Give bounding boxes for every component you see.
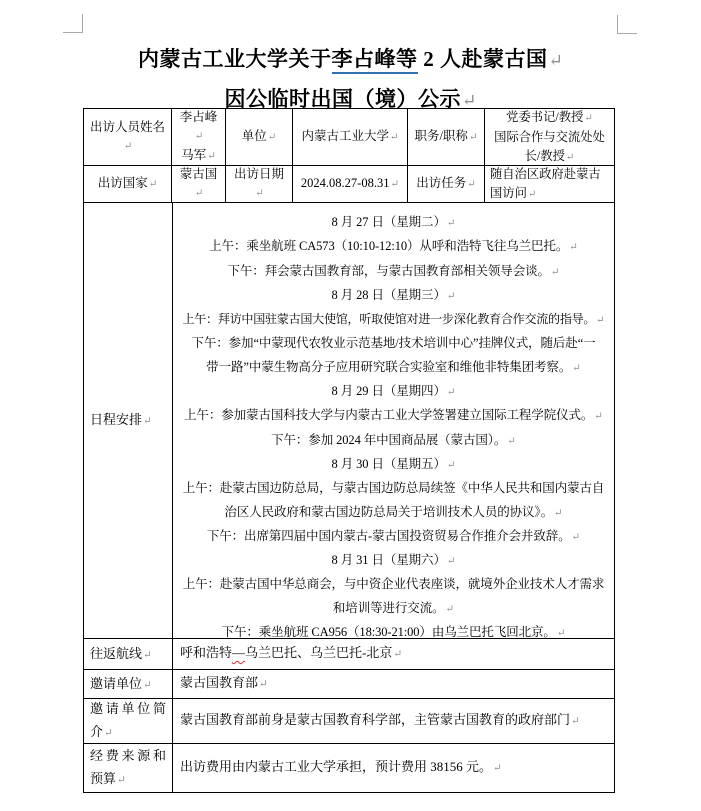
schedule-line: 下午：参加 2024 年中国商品展（蒙古国）。↵ bbox=[180, 429, 607, 453]
cell-unit-label: 单位↵ bbox=[226, 109, 293, 165]
cell-budget-value: 出访费用由内蒙古工业大学承担，预计费用 38156 元。↵ bbox=[173, 744, 614, 792]
schedule-line: 和培训等进行交流。↵ bbox=[180, 597, 607, 621]
table-row-route: 往返航线↵ 呼和浩特—乌兰巴托、乌兰巴托-北京↵ bbox=[84, 639, 614, 670]
paragraph-mark: ↵ bbox=[549, 51, 563, 70]
unit-label: 单位 bbox=[242, 129, 267, 143]
visitor-names-label: 出访人员姓名 bbox=[90, 120, 165, 134]
schedule-line: 上午：赴蒙古国中华总商会，与中资企业代表座谈，就境外企业技术人才需求 bbox=[180, 573, 607, 596]
cell-date-label: 出访日期↵ bbox=[226, 166, 293, 202]
paragraph-mark: ↵ bbox=[393, 649, 402, 660]
cell-date-value: 2024.08.27-08.31↵ bbox=[293, 166, 408, 202]
paragraph-mark: ↵ bbox=[207, 151, 216, 162]
cell-position-label: 职务/职称↵ bbox=[408, 109, 485, 165]
paragraph-mark: ↵ bbox=[566, 152, 574, 163]
schedule-label: 日程安排 bbox=[90, 412, 142, 427]
schedule-line: 8 月 27 日（星期二）↵ bbox=[180, 211, 607, 235]
date-value: 2024.08.27-08.31 bbox=[301, 176, 390, 190]
cell-unit-value: 内蒙古工业大学↵ bbox=[293, 109, 408, 165]
schedule-line: 下午：拜会蒙古国教育部，与蒙古国教育部相关领导会谈。↵ bbox=[180, 260, 607, 284]
inviter-value: 蒙古国教育部 bbox=[180, 675, 258, 690]
budget-value: 出访费用由内蒙古工业大学承担，预计费用 38156 元。 bbox=[180, 759, 492, 774]
schedule-content: 8 月 27 日（星期二）↵上午：乘坐航班 CA573（10:10-12:10）… bbox=[173, 203, 614, 638]
paragraph-mark: ↵ bbox=[390, 132, 399, 143]
paragraph-mark: ↵ bbox=[572, 363, 581, 374]
schedule-line: 上午：赴蒙古国边防总局，与蒙古国边防总局续签《中华人民共和国内蒙古自 bbox=[180, 477, 607, 500]
paragraph-mark: ↵ bbox=[447, 460, 456, 471]
margin-crop-mark-top-right bbox=[617, 15, 637, 34]
table-row-trip-info: 出访国家↵ 蒙古国↵ 出访日期↵ 2024.08.27-08.31↵ 出访任务↵… bbox=[84, 166, 614, 203]
date-label: 出访日期 bbox=[234, 167, 284, 181]
schedule-line: 上午：乘坐航班 CA573（10:10-12:10）从呼和浩特飞往乌兰巴托。↵ bbox=[180, 235, 607, 259]
table-row-personnel: 出访人员姓名↵ 李占峰↵ 马军↵ 单位↵ 内蒙古工业大学↵ 职务/职称↵ 党委书… bbox=[84, 109, 614, 166]
inviter-intro-value: 蒙古国教育部前身是蒙古国教育科学部，主管蒙古国教育的政府部门 bbox=[180, 712, 570, 727]
visitor-name-1: 李占峰 bbox=[180, 110, 218, 124]
paragraph-mark: ↵ bbox=[446, 604, 455, 615]
title-line1-prefix: 内蒙古工业大学关于 bbox=[138, 47, 332, 71]
paragraph-mark: ↵ bbox=[195, 188, 204, 199]
cell-inviter-value: 蒙古国教育部↵ bbox=[173, 670, 614, 698]
cell-inviter-intro-label: 邀请单位简介↵ bbox=[84, 699, 173, 743]
margin-crop-mark-top-left bbox=[63, 14, 83, 33]
table-row-inviter-intro: 邀请单位简介↵ 蒙古国教育部前身是蒙古国教育科学部，主管蒙古国教育的政府部门↵ bbox=[84, 699, 614, 744]
paragraph-mark: ↵ bbox=[569, 242, 578, 253]
route-prefix: 呼和浩特 bbox=[180, 645, 232, 660]
cell-country-value: 蒙古国↵ bbox=[172, 166, 226, 202]
paragraph-mark: ↵ bbox=[571, 716, 580, 727]
cell-country-label: 出访国家↵ bbox=[84, 166, 172, 202]
paragraph-mark: ↵ bbox=[143, 416, 152, 427]
route-label: 往返航线 bbox=[90, 646, 142, 661]
paragraph-mark: ↵ bbox=[507, 436, 516, 447]
task-value: 随自治区政府赴蒙古国访问 bbox=[490, 167, 601, 200]
schedule-line: 上午：拜访中国驻蒙古国大使馆，听取使馆对进一步深化教育合作交流的指导。↵ bbox=[180, 308, 607, 332]
paragraph-mark: ↵ bbox=[584, 113, 592, 124]
cell-task-label: 出访任务↵ bbox=[408, 166, 485, 202]
paragraph-mark: ↵ bbox=[557, 628, 566, 639]
table-row-inviter: 邀请单位↵ 蒙古国教育部↵ bbox=[84, 670, 614, 699]
task-label: 出访任务 bbox=[416, 176, 466, 190]
schedule-line: 带一路”中蒙生物高分子应用研究联合实验室和维他非特集团考察。↵ bbox=[180, 356, 607, 380]
schedule-line: 上午：参加蒙古国科技大学与内蒙古工业大学签署建立国际工程学院仪式。↵ bbox=[180, 404, 607, 428]
cell-visitor-names-label: 出访人员姓名↵ bbox=[84, 109, 172, 165]
paragraph-mark: ↵ bbox=[124, 141, 133, 152]
paragraph-mark: ↵ bbox=[447, 556, 456, 567]
cell-schedule-label: 日程安排↵ bbox=[84, 203, 173, 638]
paragraph-mark: ↵ bbox=[149, 179, 158, 190]
paragraph-mark: ↵ bbox=[117, 775, 126, 786]
cell-visitor-names: 李占峰↵ 马军↵ bbox=[172, 109, 226, 165]
paragraph-mark: ↵ bbox=[469, 132, 478, 143]
table-row-schedule: 日程安排↵ 8 月 27 日（星期二）↵上午：乘坐航班 CA573（10:10-… bbox=[84, 203, 614, 639]
schedule-line: 8 月 28 日（星期三）↵ bbox=[180, 284, 607, 308]
cell-inviter-intro-value: 蒙古国教育部前身是蒙古国教育科学部，主管蒙古国教育的政府部门↵ bbox=[173, 699, 614, 743]
paragraph-mark: ↵ bbox=[594, 411, 603, 422]
paragraph-mark: ↵ bbox=[143, 680, 152, 691]
schedule-line: 8 月 30 日（星期五）↵ bbox=[180, 453, 607, 477]
paragraph-mark: ↵ bbox=[493, 763, 502, 774]
cell-inviter-label: 邀请单位↵ bbox=[84, 670, 173, 698]
route-suffix: 乌兰巴托、乌兰巴托-北京 bbox=[245, 645, 392, 660]
position-value-2: 国际合作与交流处处长/教授 bbox=[494, 130, 605, 163]
position-label: 职务/职称 bbox=[414, 129, 467, 143]
schedule-line: 8 月 29 日（星期四）↵ bbox=[180, 380, 607, 404]
paragraph-mark: ↵ bbox=[195, 131, 204, 142]
title-line1-suffix: 2 人赴蒙古国 bbox=[418, 47, 548, 71]
paragraph-mark: ↵ bbox=[447, 218, 456, 229]
position-value-1: 党委书记/教授 bbox=[506, 110, 583, 124]
unit-value: 内蒙古工业大学 bbox=[301, 129, 389, 143]
schedule-line: 治区人民政府和蒙古国边防总局关于培训技术人员的协议》。↵ bbox=[180, 501, 607, 525]
inviter-intro-label: 邀请单位简介 bbox=[90, 701, 166, 739]
country-value: 蒙古国 bbox=[180, 167, 218, 181]
paragraph-mark: ↵ bbox=[255, 188, 264, 199]
cell-route-label: 往返航线↵ bbox=[84, 639, 173, 669]
schedule-line: 下午：参加“中蒙现代农牧业示范基地/技术培训中心”挂牌仪式，随后赴“一 bbox=[180, 332, 607, 355]
paragraph-mark: ↵ bbox=[551, 267, 560, 278]
table-row-budget: 经费来源和预算↵ 出访费用由内蒙古工业大学承担，预计费用 38156 元。↵ bbox=[84, 744, 614, 792]
paragraph-mark: ↵ bbox=[390, 179, 399, 190]
schedule-line: 8 月 31 日（星期六）↵ bbox=[180, 549, 607, 573]
route-dash-spellcheck: — bbox=[232, 645, 245, 660]
paragraph-mark: ↵ bbox=[554, 508, 563, 519]
cell-task-value: 随自治区政府赴蒙古国访问↵ bbox=[485, 166, 614, 202]
inviter-label: 邀请单位 bbox=[90, 676, 142, 691]
paragraph-mark: ↵ bbox=[104, 728, 113, 739]
paragraph-mark: ↵ bbox=[259, 679, 268, 690]
paragraph-mark: ↵ bbox=[467, 179, 476, 190]
paragraph-mark: ↵ bbox=[447, 387, 456, 398]
title-underlined-names: 李占峰等 bbox=[332, 47, 418, 74]
visitor-name-2: 马军 bbox=[181, 148, 206, 162]
cell-route-value: 呼和浩特—乌兰巴托、乌兰巴托-北京↵ bbox=[173, 639, 614, 669]
notice-table: 出访人员姓名↵ 李占峰↵ 马军↵ 单位↵ 内蒙古工业大学↵ 职务/职称↵ 党委书… bbox=[83, 108, 615, 793]
cell-position-value: 党委书记/教授↵ 国际合作与交流处处长/教授↵ bbox=[485, 109, 614, 165]
paragraph-mark: ↵ bbox=[268, 132, 277, 143]
paragraph-mark: ↵ bbox=[143, 650, 152, 661]
paragraph-mark: ↵ bbox=[447, 291, 456, 302]
schedule-line: 下午：出席第四届中国内蒙古-蒙古国投资贸易合作推介会并致辞。↵ bbox=[180, 525, 607, 549]
document-page: { "glyphs": { "return_mark": "↵" }, "col… bbox=[0, 0, 701, 811]
title-line-1: 内蒙古工业大学关于李占峰等 2 人赴蒙古国↵ bbox=[0, 40, 701, 80]
budget-label: 经费来源和预算 bbox=[90, 748, 166, 786]
paragraph-mark: ↵ bbox=[528, 189, 536, 200]
paragraph-mark: ↵ bbox=[596, 315, 604, 326]
cell-budget-label: 经费来源和预算↵ bbox=[84, 744, 173, 792]
paragraph-mark: ↵ bbox=[572, 532, 581, 543]
country-label: 出访国家 bbox=[98, 176, 148, 190]
